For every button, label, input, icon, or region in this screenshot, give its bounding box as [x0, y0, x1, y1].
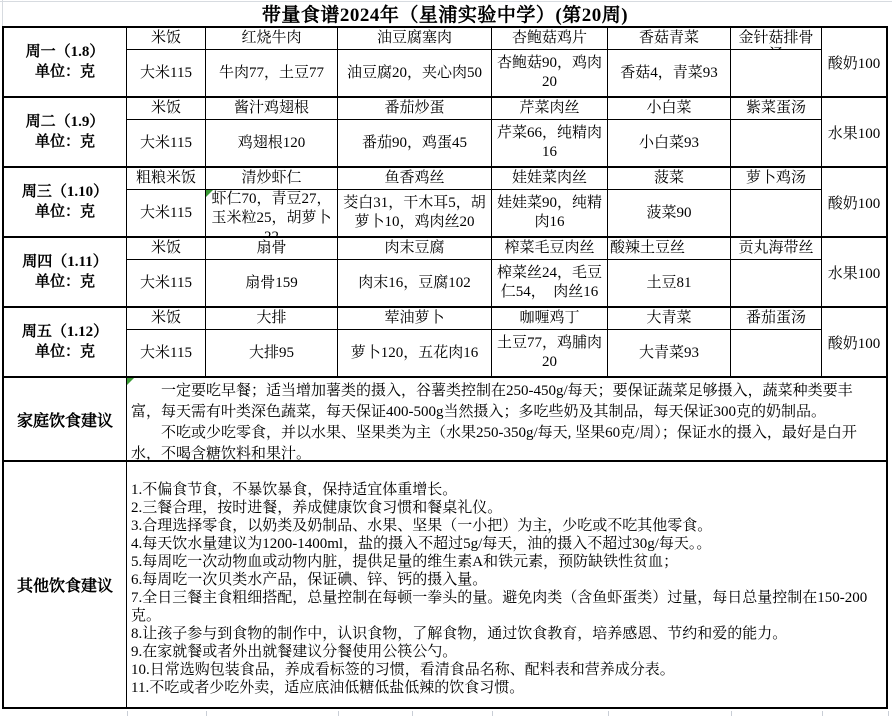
soup-detail-cell — [731, 50, 822, 96]
day-block-friday: 周五（1.12） 单位：克 米饭 大米115 大排 大排95 荤油萝卜 萝卜12… — [4, 308, 886, 378]
dish-detail-cell: 番茄90，鸡蛋45 — [338, 120, 492, 166]
advice-paragraph: 一定要吃早餐；适当增加薯类的摄入，谷薯类控制在250-450g/每天；要保证蔬菜… — [131, 381, 880, 423]
dish-detail-cell: 茭白31，干木耳5，胡萝卜10，鸡肉丝20 — [338, 190, 492, 236]
family-advice-label: 家庭饮食建议 — [4, 378, 127, 460]
gridline-stub — [888, 711, 889, 716]
day-block-tuesday: 周二（1.9） 单位：克 米饭 大米115 酱汁鸡翅根 鸡翅根120 番茄炒蛋 … — [4, 98, 886, 168]
dish-detail-cell: 油豆腐20，夹心肉50 — [338, 50, 492, 96]
gridline-stub — [206, 711, 207, 716]
other-advice-item: 2.三餐合理，按时进餐，养成健康饮食习惯和餐桌礼仪。 — [131, 499, 876, 517]
dish-detail-cell: 大米115 — [127, 50, 206, 96]
dish-name-cell: 米饭 — [127, 28, 206, 50]
dish-detail-cell: 萝卜120，五花肉16 — [338, 330, 492, 376]
dish-detail-cell: 香菇4，青菜93 — [608, 50, 731, 96]
dish-detail-cell: 杏鲍菇90，鸡肉20 — [492, 50, 608, 96]
gridline-stub — [338, 711, 339, 716]
drink-cell: 酸奶100 — [822, 308, 886, 376]
gridline-stub — [608, 711, 609, 716]
cell-error-flag-icon — [127, 378, 134, 385]
soup-name-cell: 紫菜蛋汤 — [731, 98, 822, 120]
day-block-wednesday: 周三（1.10） 单位：克 粗粮米饭 大米115 清炒虾仁 虾仁70，青豆27，… — [4, 168, 886, 238]
dish-name-cell: 粗粮米饭 — [127, 168, 206, 190]
dish-detail-cell: 大米115 — [127, 190, 206, 236]
dish-name-cell: 咖喱鸡丁 — [492, 308, 608, 330]
dish-name-cell: 榨菜毛豆肉丝 — [492, 238, 608, 260]
day-name: 周一（1.8） — [26, 42, 105, 62]
cell-error-flag-icon — [206, 190, 213, 197]
family-advice-text: 一定要吃早餐；适当增加薯类的摄入，谷薯类控制在250-450g/每天；要保证蔬菜… — [127, 378, 886, 460]
day-name: 周五（1.12） — [22, 322, 108, 342]
dish-detail-cell: 扇骨159 — [206, 260, 338, 306]
dish-detail-cell: 土豆77，鸡脯肉20 — [492, 330, 608, 376]
dish-name-cell: 米饭 — [127, 98, 206, 120]
family-advice-row: 家庭饮食建议 一定要吃早餐；适当增加薯类的摄入，谷薯类控制在250-450g/每… — [4, 378, 886, 462]
day-block-thursday: 周四（1.11） 单位：克 米饭 大米115 扇骨 扇骨159 肉末豆腐 肉末1… — [4, 238, 886, 308]
day-label: 周三（1.10） 单位：克 — [4, 168, 127, 236]
other-advice-row: 其他饮食建议 1.不偏食节食，不暴饮暴食，保持适宜体重增长。 2.三餐合理，按时… — [4, 462, 886, 707]
dish-name-cell: 酸辣土豆丝 — [608, 238, 731, 260]
gridline-stub — [127, 711, 128, 716]
soup-detail-cell — [731, 330, 822, 376]
other-advice-item: 6.每周吃一次贝类水产品，保证碘、锌、钙的摄入量。 — [131, 571, 876, 589]
dish-detail-cell: 牛肉77，土豆77 — [206, 50, 338, 96]
dish-detail-cell: 鸡翅根120 — [206, 120, 338, 166]
other-advice-item: 1.不偏食节食，不暴饮暴食，保持适宜体重增长。 — [131, 481, 876, 499]
unit-label: 单位：克 — [35, 62, 95, 82]
dish-detail-cell: 虾仁70，青豆27，玉米粒25，胡萝卜22 — [206, 190, 338, 236]
soup-name-cell: 贡丸海带丝 — [731, 238, 822, 260]
dish-name-cell: 米饭 — [127, 308, 206, 330]
dish-detail-cell: 肉末16，豆腐102 — [338, 260, 492, 306]
gridline-stub — [731, 711, 732, 716]
soup-detail-cell — [731, 120, 822, 166]
dish-name-cell: 娃娃菜肉丝 — [492, 168, 608, 190]
unit-label: 单位：克 — [35, 272, 95, 292]
other-advice-list: 1.不偏食节食，不暴饮暴食，保持适宜体重增长。 2.三餐合理，按时进餐，养成健康… — [127, 462, 886, 707]
other-advice-label: 其他饮食建议 — [4, 462, 127, 707]
dish-name-cell: 荤油萝卜 — [338, 308, 492, 330]
soup-detail-cell — [731, 190, 822, 236]
drink-cell: 水果100 — [822, 98, 886, 166]
dish-name-cell: 清炒虾仁 — [206, 168, 338, 190]
dish-name-cell: 杏鲍菇鸡片 — [492, 28, 608, 50]
dish-name-cell: 红烧牛肉 — [206, 28, 338, 50]
gridline-stub — [492, 711, 493, 716]
soup-name-cell: 萝卜鸡汤 — [731, 168, 822, 190]
other-advice-item: 3.合理选择零食，以奶类及奶制品、水果、坚果（一小把）为主，少吃或不吃其他零食。 — [131, 517, 876, 535]
drink-cell: 酸奶100 — [822, 168, 886, 236]
day-label: 周一（1.8） 单位：克 — [4, 28, 127, 96]
page-title: 带量食谱2024年（星浦实验中学）(第20周) — [2, 0, 888, 26]
dish-name-cell: 大排 — [206, 308, 338, 330]
dish-name-cell: 油豆腐塞肉 — [338, 28, 492, 50]
dish-detail-cell: 大米115 — [127, 120, 206, 166]
dish-detail-cell: 土豆81 — [608, 260, 731, 306]
dish-detail-cell: 大米115 — [127, 330, 206, 376]
dish-name-cell: 菠菜 — [608, 168, 731, 190]
drink-cell: 酸奶100 — [822, 28, 886, 96]
dish-name-cell: 小白菜 — [608, 98, 731, 120]
other-advice-item: 8.让孩子参与到食物的制作中，认识食物，了解食物，通过饮食教育，培养感恩、节约和… — [131, 625, 876, 643]
meal-table: 周一（1.8） 单位：克 米饭 大米115 红烧牛肉 牛肉77，土豆77 油豆腐… — [2, 26, 888, 709]
dish-detail-cell: 芹菜66，纯精肉16 — [492, 120, 608, 166]
unit-label: 单位：克 — [35, 342, 95, 362]
dish-name-cell: 大青菜 — [608, 308, 731, 330]
soup-detail-cell — [731, 260, 822, 306]
drink-cell: 水果100 — [822, 238, 886, 306]
bottom-gridline-stubs — [0, 711, 892, 716]
gridline-stub — [822, 711, 823, 716]
other-advice-item: 7.全日三餐主食粗细搭配，总量控制在每顿一拳头的量。避免肉类（含鱼虾蛋类）过量，… — [131, 589, 876, 625]
day-block-monday: 周一（1.8） 单位：克 米饭 大米115 红烧牛肉 牛肉77，土豆77 油豆腐… — [4, 28, 886, 98]
unit-label: 单位：克 — [35, 202, 95, 222]
dish-name-cell: 酱汁鸡翅根 — [206, 98, 338, 120]
day-name: 周四（1.11） — [22, 252, 107, 272]
day-label: 周四（1.11） 单位：克 — [4, 238, 127, 306]
dish-detail-cell: 娃娃菜90，纯精肉16 — [492, 190, 608, 236]
meal-plan-sheet: 带量食谱2024年（星浦实验中学）(第20周) 周一（1.8） 单位：克 米饭 … — [0, 0, 892, 716]
other-advice-item: 11.不吃或者少吃外卖，适应底油低糖低盐低辣的饮食习惯。 — [131, 679, 876, 697]
dish-detail-cell: 小白菜93 — [608, 120, 731, 166]
dish-name-cell: 扇骨 — [206, 238, 338, 260]
day-name: 周三（1.10） — [22, 182, 108, 202]
dish-name-cell: 番茄炒蛋 — [338, 98, 492, 120]
soup-name-cell: 金针菇排骨汤 — [731, 28, 822, 50]
dish-detail-cell: 大青菜93 — [608, 330, 731, 376]
dish-name-cell: 芹菜肉丝 — [492, 98, 608, 120]
day-name: 周二（1.9） — [26, 112, 105, 132]
dish-detail-cell: 大米115 — [127, 260, 206, 306]
gridline-stub — [412, 711, 413, 716]
dish-detail-cell: 榨菜丝24，毛豆仁54， 肉丝16 — [492, 260, 608, 306]
dish-name-cell: 香菇青菜 — [608, 28, 731, 50]
unit-label: 单位：克 — [35, 132, 95, 152]
other-advice-item: 5.每周吃一次动物血或动物内脏，提供足量的维生素A和铁元素，预防缺铁性贫血； — [131, 553, 876, 571]
advice-paragraph: 不吃或少吃零食，并以水果、坚果类为主（水果250-350g/每天, 坚果60克/… — [131, 423, 880, 460]
other-advice-item: 10.日常选购包装食品，养成看标签的习惯，看清食品名称、配料表和营养成分表。 — [131, 661, 876, 679]
dish-name-cell: 肉末豆腐 — [338, 238, 492, 260]
day-label: 周二（1.9） 单位：克 — [4, 98, 127, 166]
other-advice-item: 4.每天饮水量建议为1200-1400ml，盐的摄入不超过5g/每天，油的摄入不… — [131, 535, 876, 553]
day-label: 周五（1.12） 单位：克 — [4, 308, 127, 376]
dish-name-cell: 米饭 — [127, 238, 206, 260]
dish-detail-cell: 菠菜90 — [608, 190, 731, 236]
dish-name-cell: 鱼香鸡丝 — [338, 168, 492, 190]
soup-name-cell: 番茄蛋汤 — [731, 308, 822, 330]
other-advice-item: 9.在家就餐或者外出就餐建议分餐使用公筷公勺。 — [131, 643, 876, 661]
dish-detail-cell: 大排95 — [206, 330, 338, 376]
